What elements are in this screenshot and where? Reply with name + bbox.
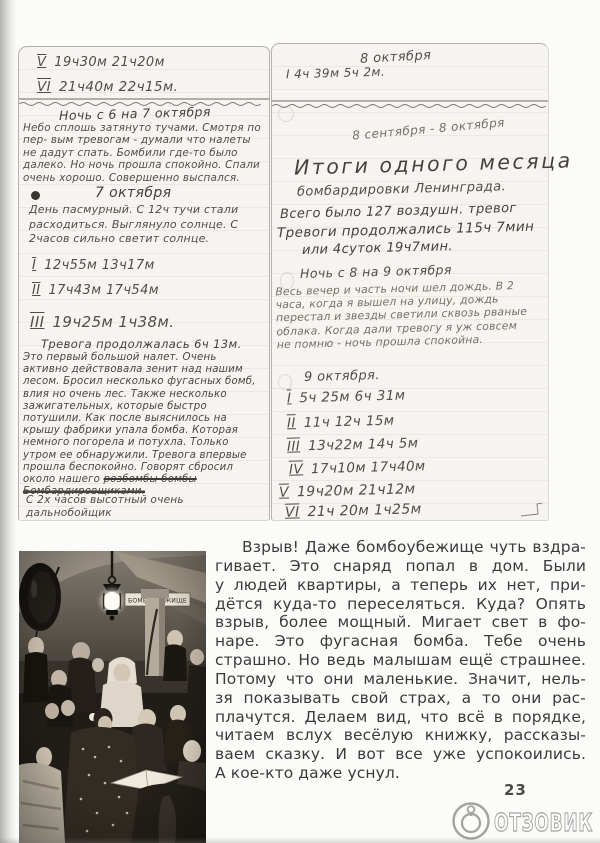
- photo-vignette: [19, 551, 206, 843]
- page-bottom-shadow: [0, 837, 600, 843]
- alert-times: 19ч20м 21ч12м: [297, 481, 416, 500]
- printed-line: у людей квартиры, а теперь их нет, при-: [215, 576, 586, 595]
- alert-number: III: [286, 438, 302, 454]
- alert-number: IV: [288, 461, 304, 477]
- alert-entry: III13ч22м 14ч 5м: [286, 435, 419, 454]
- alert-entry: II17ч43м 17ч54м: [31, 283, 159, 298]
- alert-times: 5ч 25м 6ч 31м: [299, 387, 405, 406]
- printed-line: Потому что они маленькие. Значит, нель-: [215, 670, 586, 689]
- page-corner-mark: [520, 502, 544, 518]
- alert-entry: IV17ч10м 17ч40м: [288, 458, 426, 478]
- alert-times: 13ч22м 14ч 5м: [308, 435, 419, 454]
- alert-number: V: [278, 484, 290, 500]
- diary-left-page: V19ч30м 21ч20м VI21ч40м 22ч15м. Ночь с 6…: [18, 46, 270, 521]
- alert-entry: III19ч25м 1ч38м.: [29, 313, 174, 331]
- alert-number: I: [31, 258, 37, 273]
- oct7-heading: 7 октября: [95, 185, 172, 201]
- printed-paragraph: Взрыв! Даже бомбоубежище чуть вздра- гив…: [215, 538, 586, 783]
- date-range: 8 сентября - 8 октября: [352, 115, 506, 142]
- alert-times: 11ч 12ч 15м: [304, 413, 395, 431]
- alert-entry: II11ч 12ч 15м: [286, 413, 395, 432]
- pen-smudge: [278, 374, 292, 390]
- alert-number: II: [286, 415, 297, 431]
- day-paragraph: День пасмурный. С 12ч тучи стали расходи…: [29, 203, 259, 247]
- alert-entry: VI21ч 20м 1ч25м: [284, 501, 422, 521]
- stat-total-alerts: Всего было 127 воздушн. тревог: [280, 201, 517, 222]
- night-paragraph: Весь вечер и часть ночи шел дождь. В 2 ч…: [275, 279, 533, 352]
- bomb-shelter-photo: БОМБОУБЕЖИЩЕ: [19, 551, 206, 843]
- stat-days: или 4суток 19ч7мин.: [302, 239, 453, 258]
- raid-paragraph: Это первый большой налет. Очень активно …: [23, 352, 265, 498]
- month-summary-subtitle: бомбардировки Ленинграда.: [297, 179, 506, 199]
- raid-text: Это первый большой налет. Очень активно …: [23, 352, 256, 485]
- alert-times: 17ч10м 17ч40м: [311, 458, 426, 477]
- printed-line: ваем сказку. И вот все уже успокоились.: [215, 745, 586, 764]
- printed-line: взрыв, более мощный. Мигает свет в фо-: [215, 613, 586, 632]
- oct9-heading: 9 октября.: [304, 368, 380, 385]
- alert-number: III: [29, 313, 45, 331]
- alert-times: 21ч40м 22ч15м.: [59, 79, 178, 95]
- alert-number: II: [31, 283, 41, 298]
- ruled-separator: [272, 99, 548, 109]
- printed-line: А кое-кто даже уснул.: [215, 764, 586, 783]
- printed-line: наре. Это фугасная бомба. Тебе очень: [215, 632, 586, 651]
- oct8-heading: 8 октября: [360, 48, 432, 67]
- alert-times: 19ч25м 1ч38м.: [52, 313, 174, 331]
- alert-times: 12ч55м 13ч17м: [44, 258, 154, 273]
- diary-right-page: 8 октября I 4ч 39м 5ч 2м. 8 сентября - 8…: [271, 43, 549, 521]
- night-heading: Ночь с 6 на 7 октября: [59, 104, 211, 123]
- printed-line: Взрыв! Даже бомбоубежище чуть вздра-: [215, 538, 586, 557]
- printed-line: гивает. Это снаряд попал в дом. Были: [215, 557, 586, 576]
- bullet-dot: [31, 191, 40, 200]
- alert-times: 19ч30м 21ч20м: [54, 55, 164, 70]
- alert-entry: I5ч 25м 6ч 31м: [286, 387, 406, 406]
- night-heading: Ночь с 8 на 9 октября: [300, 262, 452, 281]
- book-page: V19ч30м 21ч20м VI21ч40м 22ч15м. Ночь с 6…: [0, 0, 600, 843]
- alert-times: 17ч43м 17ч54м: [48, 283, 158, 298]
- night-paragraph: Небо сплошь затянуто тучами. Смотря по п…: [23, 122, 265, 184]
- alert-entry: V19ч20м 21ч12м: [278, 481, 416, 501]
- otzovik-watermark-text: ОТЗОВИК: [494, 808, 593, 837]
- printed-line: читаем вслух весёлую книжку, рассказы-: [215, 726, 586, 745]
- printed-line: страшно. Но ведь малышам ещё страшнее.: [215, 651, 586, 670]
- printed-line: дётся куда-то переселяться. Куда? Опять: [215, 595, 586, 614]
- alert-entry: I12ч55м 13ч17м: [31, 258, 155, 273]
- otzovik-logo-icon: [454, 804, 489, 839]
- alarm-note: Тревога продолжалась 6ч 13м.: [41, 337, 242, 351]
- alert-entry: V19ч30м 21ч20м: [36, 55, 165, 70]
- alert-number: VI: [36, 79, 52, 95]
- alert-number: VI: [284, 504, 301, 520]
- crossed-out-text: розбомбы бомбы: [104, 474, 197, 485]
- book-spine-edge: [0, 0, 17, 843]
- alert-number: V: [36, 55, 47, 70]
- stat-duration: Тревоги продолжались 115ч 7мин: [277, 219, 535, 242]
- alert-times: 21ч 20м 1ч25м: [307, 501, 422, 520]
- alert-entry: VI21ч40м 22ч15м.: [36, 79, 178, 95]
- month-summary-title: Итоги одного месяца: [294, 148, 573, 179]
- oct8-entry: I 4ч 39м 5ч 2м.: [286, 65, 385, 82]
- alert-number: I: [286, 390, 293, 406]
- raid-tail: С 2х часов высотный очень дальнобойщик: [26, 494, 236, 520]
- printed-line: плачутся. Делаем вид, что всё в порядке,: [215, 708, 586, 727]
- printed-line: зя показывать свой страх, а то они рас-: [215, 689, 586, 708]
